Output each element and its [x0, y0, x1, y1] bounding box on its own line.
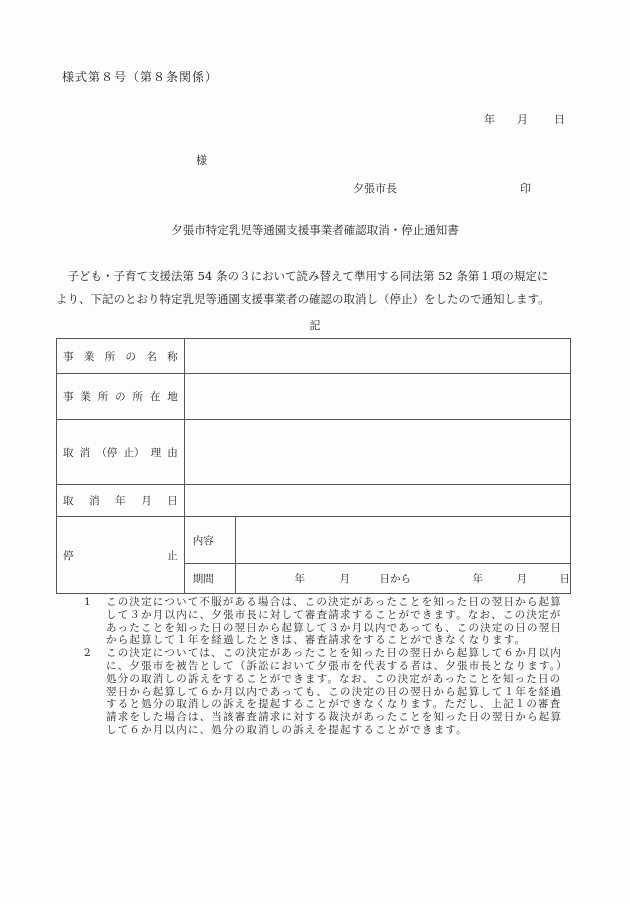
- label-office-address: 事業所の所在地: [57, 374, 185, 420]
- table-row: 取消年月日: [57, 485, 571, 517]
- table-row: 事業所の所在地: [57, 374, 571, 420]
- label-revocation-reason: 取消（停止）理由: [57, 420, 185, 485]
- day-label: 日: [554, 111, 565, 127]
- seal-mark: 印: [520, 180, 531, 196]
- office-address-field[interactable]: [184, 374, 570, 420]
- details-table: 事業所の名称 事業所の所在地 取消（停止）理由 取消年月日: [56, 338, 571, 594]
- suspension-content-field[interactable]: [235, 517, 571, 564]
- label-suspension-content: 内容: [184, 517, 235, 564]
- notice-body: 子ども・子育て支援法第 54 条の３において読み替えて準用する同法第 52 条第…: [56, 265, 576, 311]
- revocation-reason-field[interactable]: [184, 420, 570, 485]
- ki-heading: 記: [0, 317, 630, 333]
- month-label: 月: [517, 111, 554, 127]
- year-label: 年: [484, 111, 517, 127]
- addressee: 様: [196, 152, 207, 168]
- table-row: 事業所の名称: [57, 339, 571, 374]
- note-item: 1 この決定について不服がある場合は、この決定があったことを知った日の翌日から起…: [84, 596, 564, 647]
- notes-section: 1 この決定について不服がある場合は、この決定があったことを知った日の翌日から起…: [84, 596, 564, 737]
- office-name-field[interactable]: [184, 339, 570, 374]
- revocation-date-field[interactable]: [184, 485, 570, 517]
- suspension-period-field[interactable]: 年 月 日から 年 月 日: [235, 564, 571, 594]
- label-suspension-period: 期間: [184, 564, 235, 594]
- label-office-name: 事業所の名称: [57, 339, 185, 374]
- body-line-1: 子ども・子育て支援法第 54 条の３において読み替えて準用する同法第 52 条第…: [56, 265, 576, 288]
- table-row: 停止 内容: [57, 517, 571, 564]
- form-number: 様式第８号（第８条関係）: [62, 68, 218, 85]
- document-title: 夕張市特定乳児等通園支援事業者確認取消・停止通知書: [0, 222, 630, 238]
- label-revocation-date: 取消年月日: [57, 485, 185, 517]
- body-line-2: より、下記のとおり特定乳児等通園支援事業者の確認の取消し（停止）をしたので通知し…: [56, 288, 576, 311]
- table-row: 取消（停止）理由: [57, 420, 571, 485]
- issue-date: 年月日: [484, 111, 565, 127]
- label-suspension: 停止: [57, 517, 185, 594]
- issuer-name: 夕張市長: [353, 180, 397, 196]
- note-item: 2 この決定については、この決定があったことを知った日の翌日から起算して６か月以…: [84, 647, 564, 737]
